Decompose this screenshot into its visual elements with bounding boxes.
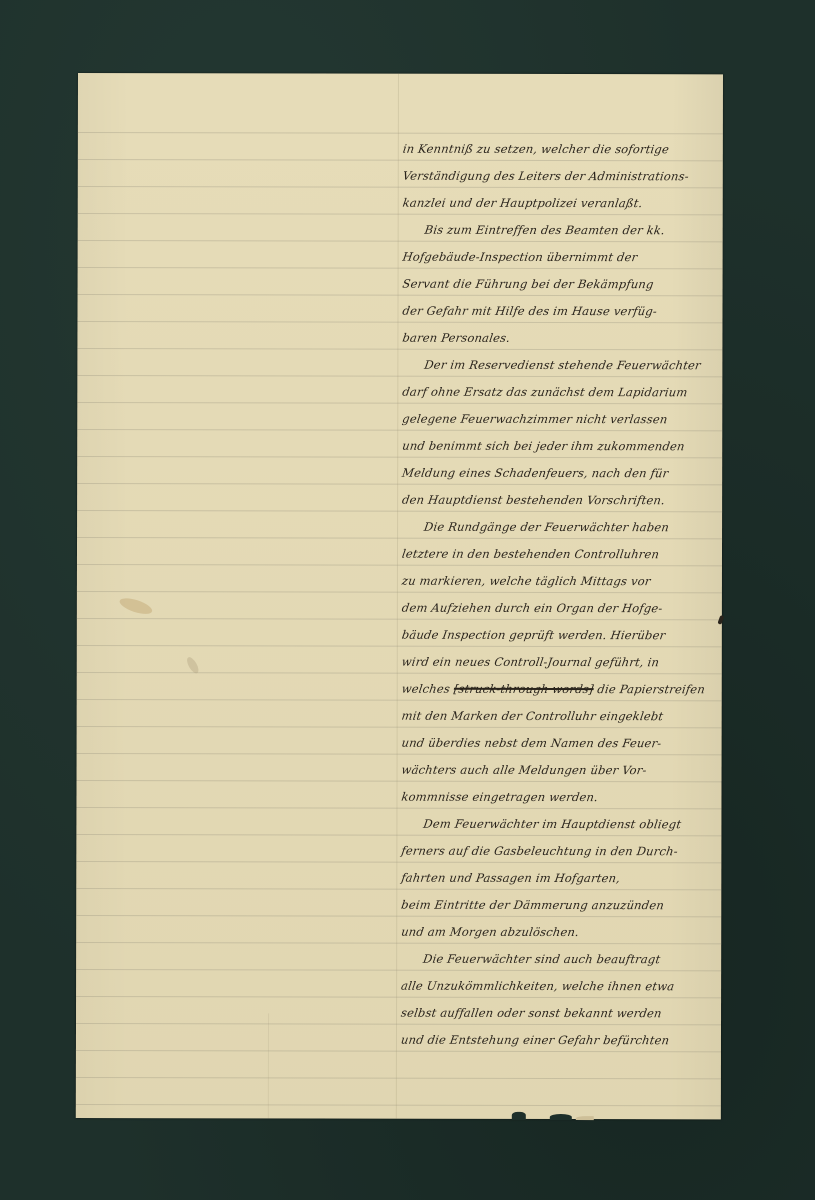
text-line: wird ein neues Controll-Journal geführt,… <box>400 649 716 677</box>
text-line: kanzlei und der Hauptpolizei veranlaßt. <box>401 190 717 218</box>
text-line: mit den Marken der Controlluhr eingekleb… <box>400 703 716 731</box>
text-line: letztere in den bestehenden Controlluhre… <box>400 541 716 569</box>
text-line: Der im Reservedienst stehende Feuerwächt… <box>400 352 716 380</box>
fold-line-faint <box>268 1013 269 1118</box>
text-line: und am Morgen abzulöschen. <box>399 919 715 947</box>
text-line: bäude Inspection geprüft werden. Hierübe… <box>400 622 716 650</box>
text-line: und die Entstehung einer Gefahr befürcht… <box>399 1027 715 1055</box>
text-line: beim Eintritte der Dämmerung anzuzünden <box>399 892 715 920</box>
text-line: kommnisse eingetragen werden. <box>400 784 716 812</box>
struck-out-text: [struck-through words] <box>453 682 595 696</box>
text-line: Bis zum Eintreffen des Beamten der kk. <box>401 217 717 245</box>
torn-edge <box>550 1114 572 1120</box>
text-fragment: die Papierstreifen <box>597 682 706 696</box>
text-line: Die Rundgänge der Feuerwächter haben <box>400 514 716 542</box>
torn-edge <box>576 1116 594 1120</box>
text-line: Meldung eines Schadenfeuers, nach den fü… <box>400 460 716 488</box>
torn-edge <box>512 1112 526 1120</box>
text-line: gelegene Feuerwachzimmer nicht verlassen <box>400 406 716 434</box>
text-fragment: welches <box>401 682 451 696</box>
text-line-with-strikethrough: welches [struck-through words] die Papie… <box>400 676 716 704</box>
text-line: Die Feuerwächter sind auch beauftragt <box>399 946 715 974</box>
text-line: zu markieren, welche täglich Mittags vor <box>400 568 716 596</box>
text-line: und benimmt sich bei jeder ihm zukommend… <box>400 433 716 461</box>
text-line: Servant die Führung bei der Bekämpfung <box>401 271 717 299</box>
text-line: und überdies nebst dem Namen des Feuer- <box>400 730 716 758</box>
text-line: ferners auf die Gasbeleuchtung in den Du… <box>399 838 715 866</box>
text-line: baren Personales. <box>401 325 717 353</box>
text-line: Dem Feuerwächter im Hauptdienst obliegt <box>400 811 716 839</box>
text-line: den Hauptdienst bestehenden Vorschriften… <box>400 487 716 515</box>
text-line: in Kenntniß zu setzen, welcher die sofor… <box>401 136 717 164</box>
text-line: alle Unzukömmlichkeiten, welche ihnen et… <box>399 973 715 1001</box>
manuscript-page: in Kenntniß zu setzen, welcher die sofor… <box>76 73 723 1119</box>
text-line: wächters auch alle Meldungen über Vor- <box>400 757 716 785</box>
text-line: Hofgebäude-Inspection übernimmt der <box>401 244 717 272</box>
text-line: dem Aufziehen durch ein Organ der Hofge- <box>400 595 716 623</box>
text-line: der Gefahr mit Hilfe des im Hause verfüg… <box>401 298 717 326</box>
text-line: fahrten und Passagen im Hofgarten, <box>399 865 715 893</box>
handwritten-text: in Kenntniß zu setzen, welcher die sofor… <box>401 136 715 1055</box>
text-line: selbst auffallen oder sonst bekannt werd… <box>399 1000 715 1028</box>
text-line: darf ohne Ersatz das zunächst dem Lapida… <box>400 379 716 407</box>
text-line: Verständigung des Leiters der Administra… <box>401 163 717 191</box>
